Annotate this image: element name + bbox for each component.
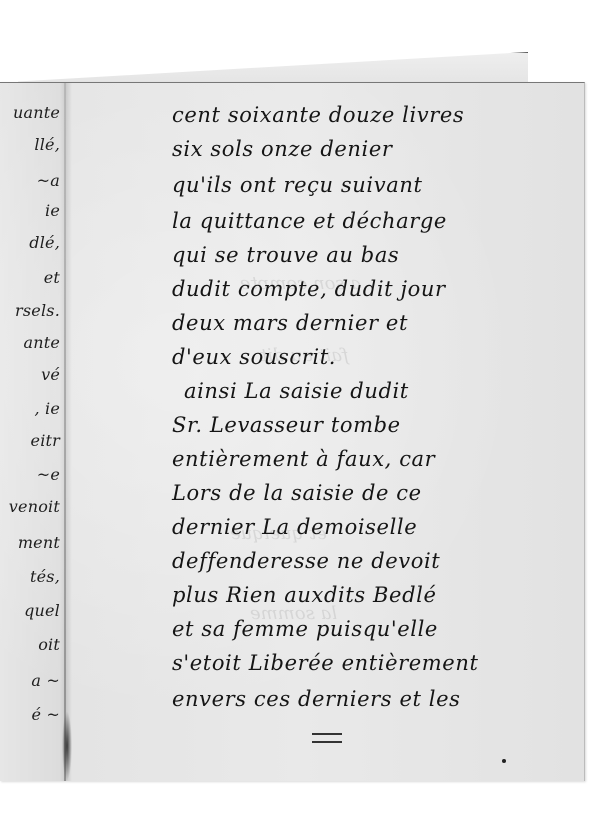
closing-double-line-mark: [312, 733, 342, 743]
margin-fragment: ~a: [37, 171, 60, 190]
margin-fragment: et: [44, 268, 60, 287]
margin-fragment: ~e: [37, 465, 60, 484]
text-line: deux mars dernier et: [172, 311, 408, 335]
text-line: deffenderesse ne devoit: [172, 549, 440, 573]
text-line: cent soixante douze livres: [172, 103, 464, 127]
margin-fragment: eitr: [31, 431, 60, 450]
text-line: entièrement à faux, car: [172, 447, 435, 471]
margin-fragment: dlé,: [29, 233, 60, 252]
text-line: envers ces derniers et les: [172, 687, 461, 711]
text-line: qu'ils ont reçu suivant: [172, 173, 423, 197]
margin-fragment: llé,: [34, 135, 60, 154]
text-line: plus Rien auxdits Bedlé: [172, 583, 436, 607]
margin-fragment: rsels.: [15, 301, 60, 320]
text-line: Lors de la saisie de ce: [172, 481, 422, 505]
margin-fragment: vé: [41, 365, 60, 384]
text-line: s'etoit Liberée entièrement: [172, 651, 479, 675]
margin-fragment: , ie: [34, 399, 60, 418]
margin-fragment: venoit: [9, 497, 60, 516]
text-line: six sols onze denier: [172, 137, 393, 161]
text-line: qui se trouve au bas: [172, 243, 399, 267]
margin-fragment: quel: [24, 601, 60, 620]
text-line: dudit compte, dudit jour: [172, 277, 446, 301]
margin-fragment: a ~: [31, 671, 60, 690]
margin-fragment: uante: [13, 103, 60, 122]
text-line: la quittance et décharge: [172, 209, 447, 233]
page-fold-line: [64, 83, 66, 781]
margin-fragment: ie: [45, 201, 60, 220]
text-line: et sa femme puisqu'elle: [172, 617, 438, 641]
margin-fragment: é ~: [31, 705, 60, 724]
margin-fragment: tés,: [30, 567, 60, 586]
ink-stain: [62, 711, 72, 781]
text-line: Sr. Levasseur tombe: [172, 413, 401, 437]
text-line: ainsi La saisie dudit: [184, 379, 409, 403]
text-line: d'eux souscrit.: [172, 345, 336, 369]
left-margin-fragments: uante llé, ~a ie dlé, et rsels. ante vé …: [0, 83, 62, 781]
margin-fragment: oit: [38, 635, 60, 654]
ink-speck: [502, 759, 506, 763]
main-handwritten-text: cent soixante douze livres six sols onze…: [172, 83, 584, 781]
manuscript-page: a son compte fait au dit et quelque la s…: [0, 82, 585, 781]
margin-fragment: ante: [23, 333, 60, 352]
text-line: dernier La demoiselle: [172, 515, 417, 539]
margin-fragment: ment: [18, 533, 60, 552]
